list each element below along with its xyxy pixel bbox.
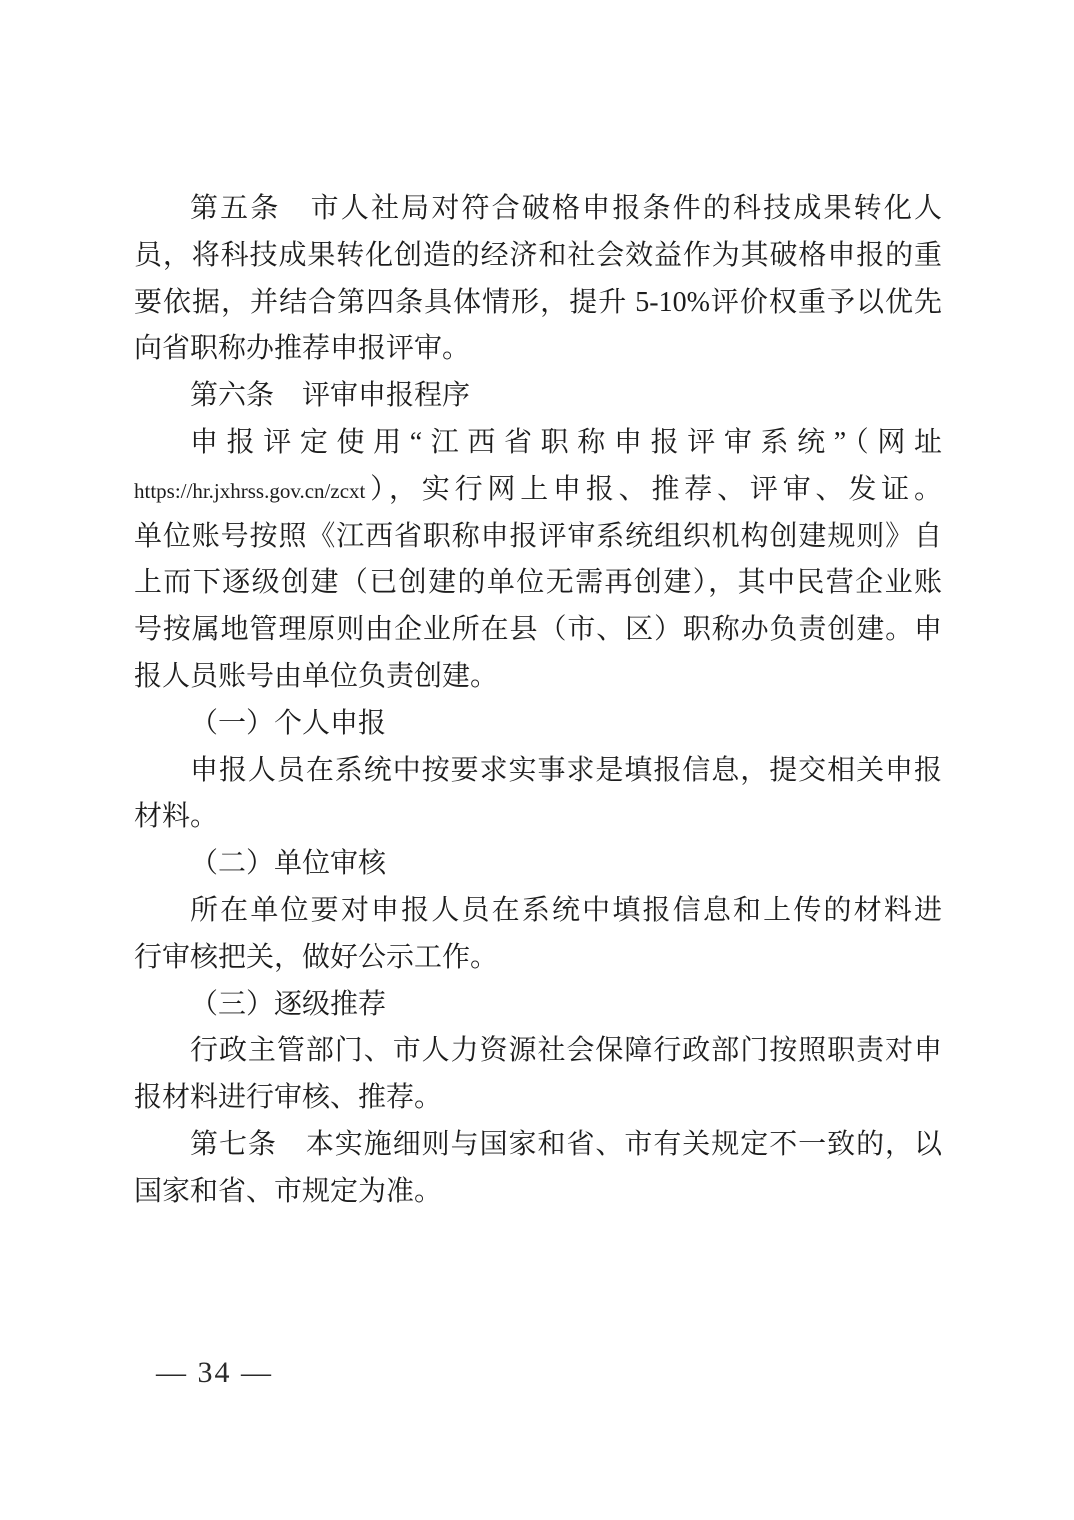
- text-line: 第五条 市人社局对符合破格申报条件的科技成果转化人: [134, 186, 942, 233]
- document-body: 第五条 市人社局对符合破格申报条件的科技成果转化人员，将科技成果转化创造的经济和…: [134, 186, 942, 1216]
- text-line: 所在单位要对申报人员在系统中填报信息和上传的材料进: [134, 888, 942, 935]
- text-line: 材料。: [134, 794, 942, 841]
- text-line: 上而下逐级创建（已创建的单位无需再创建），其中民营企业账: [134, 560, 942, 607]
- text-line: 号按属地管理原则由企业所在县（市、区）职称办负责创建。申: [134, 607, 942, 654]
- text-line: （一）个人申报: [134, 701, 942, 748]
- text-line: 报人员账号由单位负责创建。: [134, 654, 942, 701]
- text-line: 国家和省、市规定为准。: [134, 1169, 942, 1216]
- text-line: 申报评定使用“江西省职称申报评审系统”（网址: [134, 420, 942, 467]
- text-line: 报材料进行审核、推荐。: [134, 1075, 942, 1122]
- text-line: 行政主管部门、市人力资源社会保障行政部门按照职责对申: [134, 1028, 942, 1075]
- page-number: — 34 —: [156, 1356, 273, 1390]
- text-line: 向省职称办推荐申报评审。: [134, 326, 942, 373]
- text-line: 申报人员在系统中按要求实事求是填报信息，提交相关申报: [134, 748, 942, 795]
- text-line: （二）单位审核: [134, 841, 942, 888]
- text-line: 行审核把关，做好公示工作。: [134, 935, 942, 982]
- url-text: https://hr.jxhrss.gov.cn/zcxt: [134, 479, 365, 503]
- text-line: 第七条 本实施细则与国家和省、市有关规定不一致的，以: [134, 1122, 942, 1169]
- text-line: https://hr.jxhrss.gov.cn/zcxt），实行网上申报、推荐…: [134, 467, 942, 514]
- document-page: 第五条 市人社局对符合破格申报条件的科技成果转化人员，将科技成果转化创造的经济和…: [0, 0, 1074, 1520]
- text-line: 要依据，并结合第四条具体情形，提升 5-10%评价权重予以优先: [134, 280, 942, 327]
- text-line: 员，将科技成果转化创造的经济和社会效益作为其破格申报的重: [134, 233, 942, 280]
- text-line: 单位账号按照《江西省职称申报评审系统组织机构创建规则》自: [134, 514, 942, 561]
- text-line: （三）逐级推荐: [134, 982, 942, 1029]
- text-line: 第六条 评审申报程序: [134, 373, 942, 420]
